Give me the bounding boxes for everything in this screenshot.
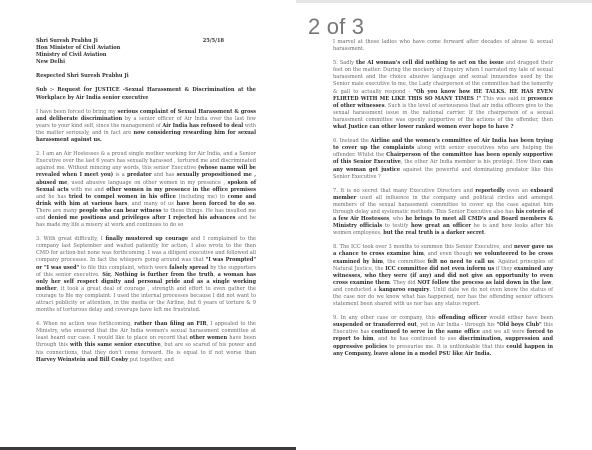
page-counter: 2 of 3 (308, 14, 364, 40)
text-run: 9. In any other case or company, this (333, 315, 438, 321)
recipient-org: Ministry of Civil Aviation (36, 52, 256, 59)
bold-text-run: felt no need to call us (428, 259, 494, 265)
paragraph-5: 5. Sadly the AI woman's cell did nothing… (333, 60, 553, 131)
text-run: to file this complaint, which were (79, 265, 169, 271)
text-run: 7. It is no secret that many Executive D… (333, 188, 475, 194)
subject-line: Sub :- Request for JUSTICE -Sexual Haras… (36, 87, 256, 101)
paragraph-4: 4. When no action was forthcoming, rathe… (36, 321, 256, 364)
bold-text-run: denied me positions and privileges after… (48, 215, 236, 221)
bold-text-run: Air India has refused to deal (162, 123, 243, 129)
bold-text-run: what Justice can other lower ranked wome… (333, 124, 513, 130)
text-run: . They did (390, 280, 418, 286)
text-run: 8. The ICC took over 3 months to summon … (333, 244, 514, 250)
bold-text-run: other women (190, 335, 227, 341)
letter-page-2: 2 of 3 I marvel at those ladies who have… (296, 0, 592, 450)
text-run: if they (494, 266, 514, 272)
bold-text-run: Sir, Nothing is further from the truth (102, 272, 213, 278)
text-run: 6. Instead the (333, 138, 371, 144)
bold-text-run: the AI woman's cell did nothing to act o… (356, 60, 504, 66)
text-run: This was said in (481, 96, 528, 102)
bold-text-run: rather than filing an FIR (134, 321, 206, 327)
page-1-content: Shri Suresh Prabhu Ji 25/5/18 Hon Minist… (36, 38, 256, 371)
text-run: , the committee (383, 259, 428, 265)
text-run: , and he has continued to use (373, 336, 459, 342)
text-run: and has (152, 172, 177, 178)
bold-text-run: how great an officer (411, 223, 471, 229)
bold-text-run: but the real truth is a darker secret (383, 230, 484, 236)
text-run: I marvel at those ladies who have come f… (333, 39, 553, 52)
page-top-edge (296, 0, 592, 3)
letter-date: 25/5/18 (203, 38, 224, 45)
text-run: , used abusive language on other women i… (67, 180, 227, 186)
letter-page-1: Shri Suresh Prabhu Ji 25/5/18 Hon Minist… (0, 0, 296, 450)
paragraph-9: 9. In any other case or company, this of… (333, 315, 553, 358)
text-run: , yet in Air India - through his (417, 322, 497, 328)
paragraph-3: 3. With great difficulty, I finally must… (36, 236, 256, 314)
page-2-content: I marvel at those ladies who have come f… (333, 39, 553, 365)
text-run: , who (389, 216, 405, 222)
paragraph-2: 2. I am an Air Hostesses & a proud singl… (36, 151, 256, 229)
bold-text-run: tried to compel women in his office (69, 194, 176, 200)
bold-text-run: offending officer (438, 315, 486, 321)
bold-text-run: suspended or transferred out (333, 322, 417, 328)
bold-text-run: Harvey Weinstein and Bill Cosby (36, 357, 128, 363)
text-run: even an (505, 188, 531, 194)
bold-text-run: kangaroo enquiry (379, 287, 430, 293)
text-run: , it took a great deal of courage , stre… (36, 286, 256, 313)
paragraph-6: 6. Instead the Airline and the women's c… (333, 138, 553, 181)
bold-text-run: ICC committee did not even inform us (385, 266, 494, 272)
text-run: (including me) to (176, 194, 228, 200)
bold-text-run: predator (127, 172, 152, 178)
bold-text-run: falsely spread (169, 265, 208, 271)
paragraph-1: I have been forced to bring my serious c… (36, 109, 256, 144)
text-run: . (484, 230, 486, 236)
paragraph-4-continued: I marvel at those ladies who have come f… (333, 39, 553, 53)
text-run: , and many of us (127, 201, 176, 207)
text-run: put together, and (128, 357, 174, 363)
text-run: with me and (69, 187, 107, 193)
recipient-title: Hon Minister of Civil Aviation (36, 45, 256, 52)
bold-text-run: NOT follow the process as laid down in t… (417, 280, 551, 286)
text-run: 5. Sadly (333, 60, 356, 66)
text-run: I have been forced to bring my (36, 109, 118, 115)
text-run: and he has (36, 194, 69, 200)
bold-text-run: other women in my presence in the office… (106, 187, 256, 193)
recipient-city: New Delhi (36, 59, 256, 66)
recipient-address: Shri Suresh Prabhu Ji 25/5/18 Hon Minist… (36, 38, 256, 66)
text-run: to testify (382, 223, 411, 229)
text-run: 4. When no action was forthcoming, (36, 321, 134, 327)
bold-text-run: people who can bear witness (79, 208, 161, 214)
bold-text-run: "Old boys Club" (497, 322, 542, 328)
bold-text-run: finally mustered up courage (105, 236, 188, 242)
bold-text-run: with this same senior executive (70, 342, 161, 348)
bold-text-run: reportedly (475, 188, 504, 194)
bold-text-run: have been forced to do so (177, 201, 255, 207)
text-run: to pressurise me. It is unthinkable that… (387, 344, 506, 350)
text-run: is a (113, 172, 127, 178)
text-run: , and even though (424, 251, 475, 257)
text-run: and we all were (480, 329, 527, 335)
salutation: Respected Shri Suresh Prabhu Ji (36, 73, 256, 80)
bold-text-run: continued to serve in the same office (371, 329, 480, 335)
text-run: would either have been (487, 315, 553, 321)
text-run: 3. With great difficulty, I (36, 236, 105, 242)
paragraph-7: 7. It is no secret that many Executive D… (333, 188, 553, 238)
text-run: , the other Air India member is his prot… (401, 159, 543, 165)
paragraph-8: 8. The ICC took over 3 months to summon … (333, 244, 553, 308)
